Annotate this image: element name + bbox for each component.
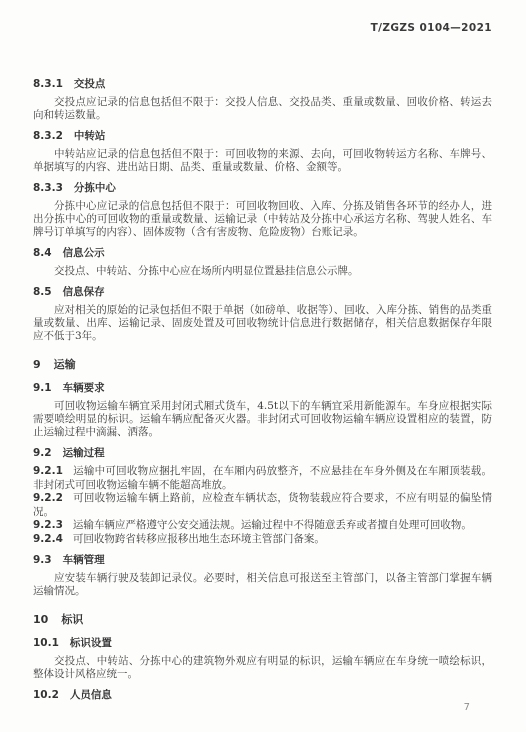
clause-heading: 9.1车辆要求 — [33, 380, 492, 395]
heading-number: 10 — [33, 613, 48, 626]
clause-heading: 10.2人员信息 — [33, 687, 492, 702]
heading-number: 8.3.2 — [33, 130, 63, 142]
heading-title: 中转站 — [74, 130, 106, 142]
standard-number: T/ZGZS 0104—2021 — [371, 22, 492, 34]
clause-heading: 8.3.3分拣中心 — [33, 180, 492, 195]
clause-heading: 10.1标识设置 — [33, 635, 492, 650]
heading-title: 人员信息 — [70, 689, 112, 701]
heading-title: 运输过程 — [63, 447, 105, 459]
paragraph: 应安装车辆行驶及装卸记录仪。必要时，相关信息可报送至主管部门，以备主管部门掌握车… — [33, 572, 492, 598]
clause-text: 可回收物跨省转移应报移出地生态环境主管部门备案。 — [73, 533, 325, 545]
paragraph: 可回收物运输车辆宜采用封闭式厢式货车，4.5t以下的车辆宜采用新能源车。车身应根… — [33, 400, 492, 439]
clause-heading: 8.4信息公示 — [33, 245, 492, 260]
heading-title: 分拣中心 — [74, 182, 116, 194]
heading-title: 信息保存 — [63, 286, 105, 298]
clause-heading: 9.3车辆管理 — [33, 552, 492, 567]
numbered-clause: 9.2.2可回收物运输车辆上路前，应检查车辆状态，货物装载应符合要求，不应有明显… — [33, 492, 492, 519]
heading-title: 标识 — [61, 613, 83, 626]
page-body: 8.3.1交投点交投点应记录的信息包括但不限于：交投人信息、交投品类、重量或数量… — [33, 76, 492, 702]
paragraph: 交投点、中转站、分拣中心应在场所内明显位置悬挂信息公示牌。 — [33, 265, 492, 278]
heading-number: 8.5 — [33, 286, 52, 298]
heading-number: 10.1 — [33, 637, 59, 649]
numbered-clause: 9.2.3运输车辆应严格遵守公安交通法规。运输过程中不得随意丢弃或者擅自处理可回… — [33, 519, 492, 533]
paragraph: 中转站应记录的信息包括但不限于：可回收物的来源、去向，可回收物转运方名称、车牌号… — [33, 148, 492, 174]
heading-title: 运输 — [54, 358, 76, 371]
clause-text: 可回收物运输车辆上路前，应检查车辆状态，货物装载应符合要求，不应有明显的偏坠情况… — [33, 492, 492, 518]
paragraph: 交投点应记录的信息包括但不限于：交投人信息、交投品类、重量或数量、回收价格、转运… — [33, 96, 492, 122]
heading-number: 9.3 — [33, 554, 52, 566]
paragraph: 分拣中心应记录的信息包括但不限于：可回收物回收、入库、分拣及销售各环节的经办人，… — [33, 200, 492, 239]
numbered-clause: 9.2.4可回收物跨省转移应报移出地生态环境主管部门备案。 — [33, 533, 492, 547]
heading-title: 车辆要求 — [63, 382, 105, 394]
clause-text: 运输车辆应严格遵守公安交通法规。运输过程中不得随意丢弃或者擅自处理可回收物。 — [73, 519, 472, 531]
paragraph: 应对相关的原始的记录包括但不限于单据（如磅单、收据等）、回收、入库分拣、销售的品… — [33, 304, 492, 343]
heading-title: 信息公示 — [63, 247, 105, 259]
heading-number: 8.3.3 — [33, 182, 63, 194]
clause-number: 9.2.2 — [33, 492, 63, 504]
chapter-heading: 10标识 — [33, 611, 492, 627]
heading-title: 标识设置 — [70, 637, 112, 649]
clause-number: 9.2.3 — [33, 519, 63, 531]
heading-number: 8.4 — [33, 247, 52, 259]
heading-number: 9 — [33, 358, 41, 371]
heading-number: 9.2 — [33, 447, 52, 459]
clause-number: 9.2.4 — [33, 533, 63, 545]
page-header: T/ZGZS 0104—2021 — [33, 22, 492, 34]
chapter-heading: 9运输 — [33, 356, 492, 372]
clause-text: 运输中可回收物应捆扎牢固，在车厢内码放整齐，不应悬挂在车身外侧及在车厢顶装载。非… — [33, 465, 492, 491]
paragraph: 交投点、中转站、分拣中心的建筑物外观应有明显的标识，运输车辆应在车身统一喷绘标识… — [33, 655, 492, 681]
numbered-clause: 9.2.1运输中可回收物应捆扎牢固，在车厢内码放整齐，不应悬挂在车身外侧及在车厢… — [33, 465, 492, 492]
clause-heading: 9.2运输过程 — [33, 445, 492, 460]
heading-number: 8.3.1 — [33, 78, 63, 90]
document-page: T/ZGZS 0104—2021 8.3.1交投点交投点应记录的信息包括但不限于… — [0, 0, 526, 732]
page-number: 7 — [464, 702, 470, 713]
clause-heading: 8.3.1交投点 — [33, 76, 492, 91]
heading-number: 10.2 — [33, 689, 59, 701]
heading-number: 9.1 — [33, 382, 52, 394]
clause-number: 9.2.1 — [33, 465, 63, 477]
heading-title: 车辆管理 — [63, 554, 105, 566]
clause-heading: 8.3.2中转站 — [33, 128, 492, 143]
clause-heading: 8.5信息保存 — [33, 284, 492, 299]
heading-title: 交投点 — [74, 78, 106, 90]
